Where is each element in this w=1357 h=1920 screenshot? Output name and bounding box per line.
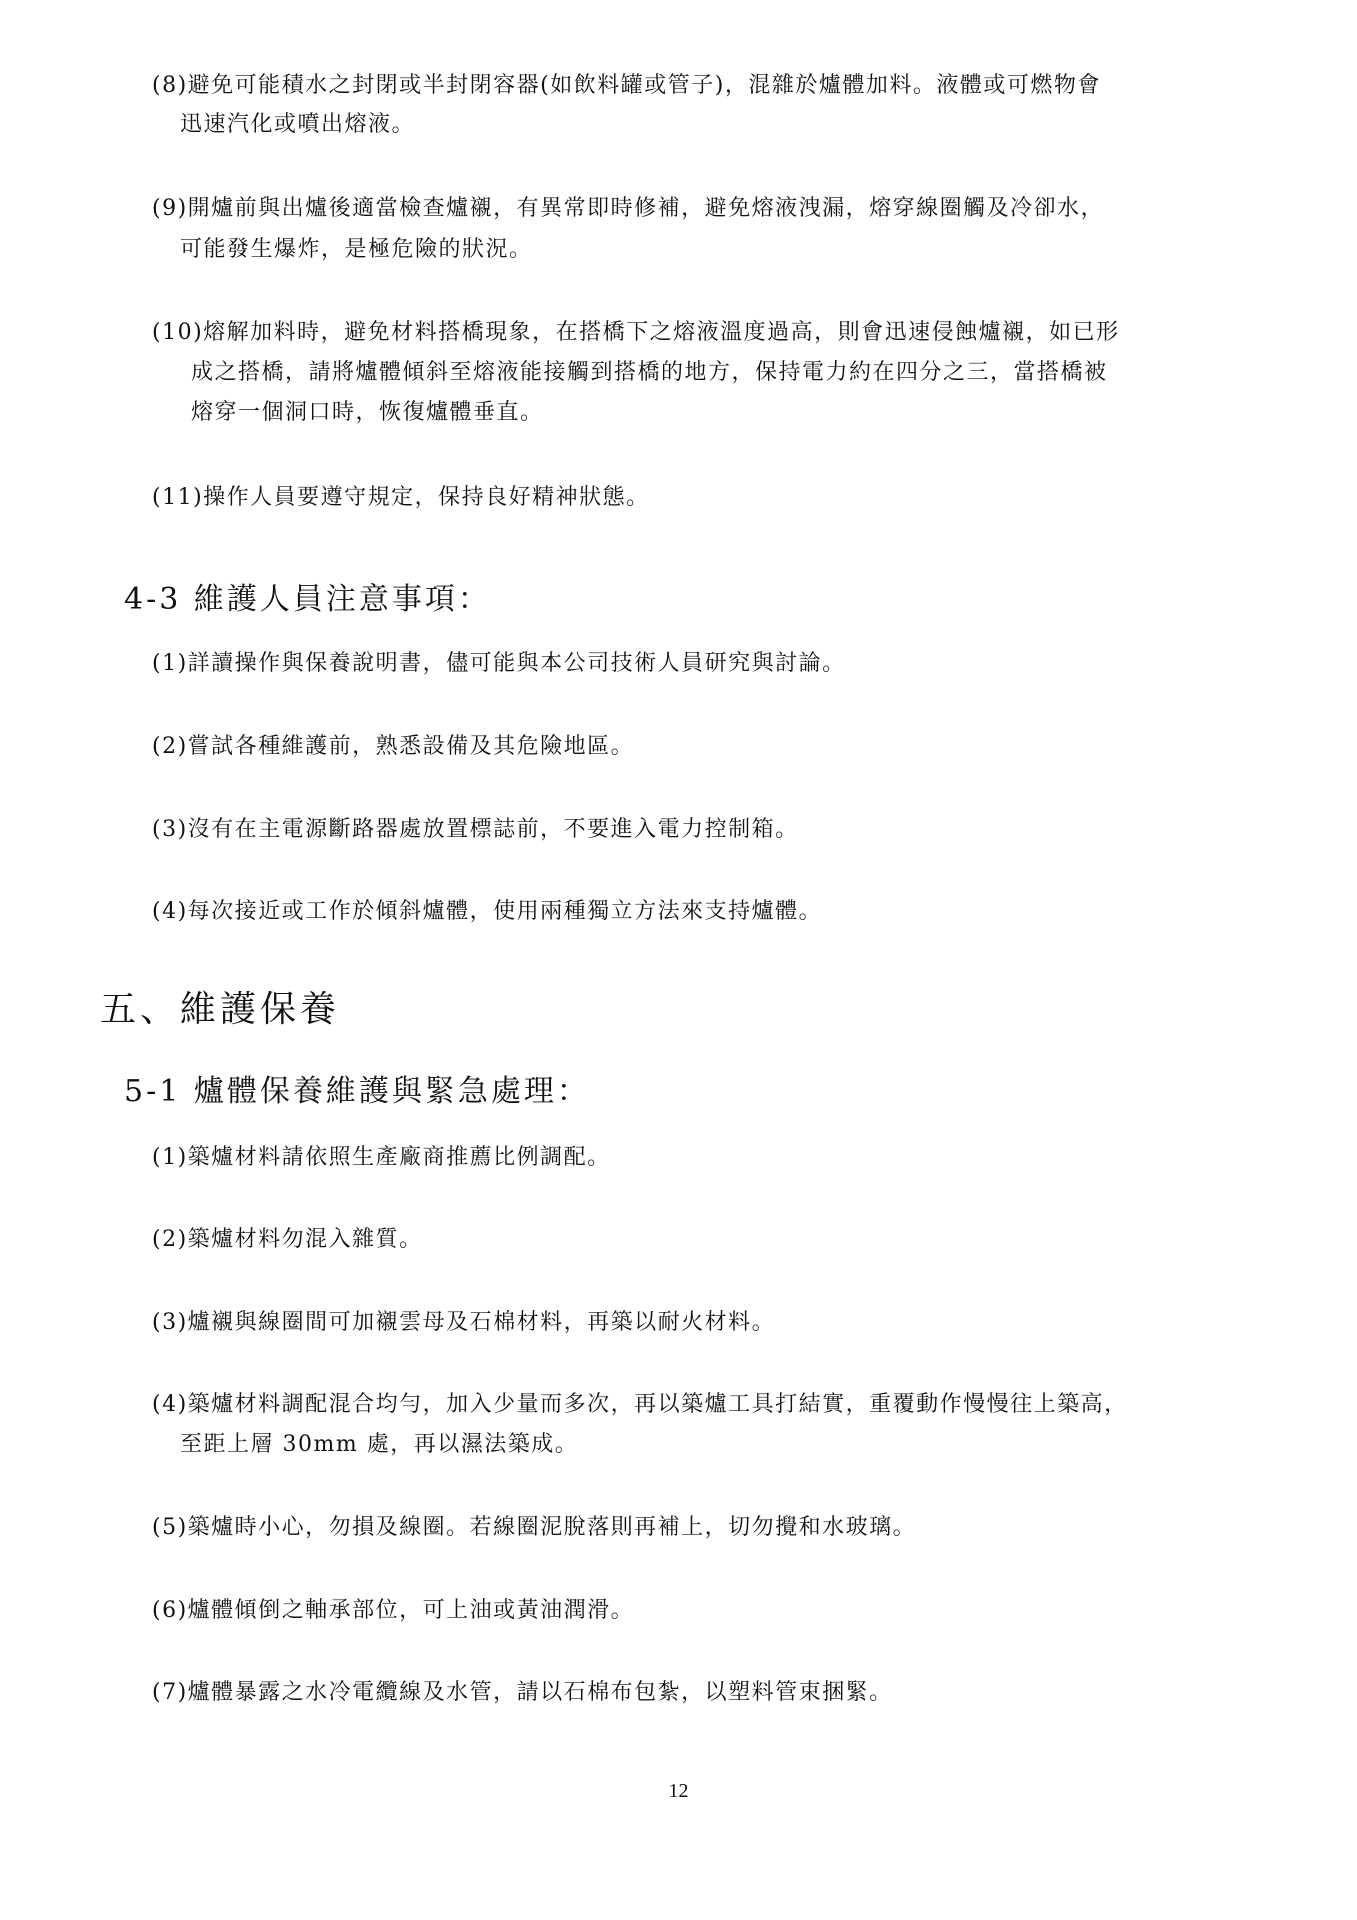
list-item: (2)嘗試各種維護前，熟悉設備及其危險地區。 (152, 733, 634, 761)
list-item-line: (10)熔解加料時，避免材料搭橋現象，在搭橋下之熔液溫度過高，則會迅速侵蝕爐襯，… (152, 319, 1120, 347)
list-item: (4)每次接近或工作於傾斜爐體，使用兩種獨立方法來支持爐體。 (152, 898, 822, 926)
list-item: (6)爐體傾倒之軸承部位，可上油或黃油潤滑。 (152, 1597, 634, 1625)
list-item: (1)詳讀操作與保養說明書，儘可能與本公司技術人員研究與討論。 (152, 650, 846, 678)
list-item: (5)築爐時小心，勿損及線圈。若線圈泥脫落則再補上，切勿攪和水玻璃。 (152, 1514, 916, 1542)
list-item-line: 可能發生爆炸，是極危險的狀況。 (180, 236, 533, 264)
chapter-heading-5: 五、維護保養 (100, 988, 340, 1032)
list-item-line: 至距上層 30mm 處，再以濕法築成。 (180, 1431, 578, 1459)
list-item-line: 成之搭橋，請將爐體傾斜至熔液能接觸到搭橋的地方，保持電力約在四分之三，當搭橋被 (191, 359, 1108, 387)
list-item-line: (11)操作人員要遵守規定，保持良好精神狀態。 (152, 484, 650, 512)
page-number: 12 (0, 1780, 1357, 1803)
list-item-line: 熔穿一個洞口時，恢復爐體垂直。 (191, 399, 544, 427)
list-item: (7)爐體暴露之水冷電纜線及水管，請以石棉布包紮，以塑料管束捆緊。 (152, 1679, 893, 1707)
list-item: (3)爐襯與線圈間可加襯雲母及石棉材料，再築以耐火材料。 (152, 1309, 775, 1337)
section-heading-5-1: 5-1 爐體保養維護與緊急處理： (124, 1073, 590, 1111)
list-item-line: (9)開爐前與出爐後適當檢查爐襯，有異常即時修補，避免熔液洩漏，熔穿線圈觸及冷卻… (152, 195, 1104, 223)
list-item-line: 迅速汽化或噴出熔液。 (180, 111, 415, 139)
list-item-line: (8)避免可能積水之封閉或半封閉容器(如飲料罐或管子)，混雜於爐體加料。液體或可… (152, 72, 1101, 100)
list-item: (2)築爐材料勿混入雜質。 (152, 1226, 423, 1254)
list-item-line: (4)築爐材料調配混合均勻，加入少量而多次，再以築爐工具打結實，重覆動作慢慢往上… (152, 1391, 1128, 1419)
list-item: (3)沒有在主電源斷路器處放置標誌前，不要進入電力控制箱。 (152, 816, 799, 844)
section-heading-4-3: 4-3 維護人員注意事項： (124, 581, 491, 619)
list-item: (1)築爐材料請依照生產廠商推薦比例調配。 (152, 1144, 611, 1172)
